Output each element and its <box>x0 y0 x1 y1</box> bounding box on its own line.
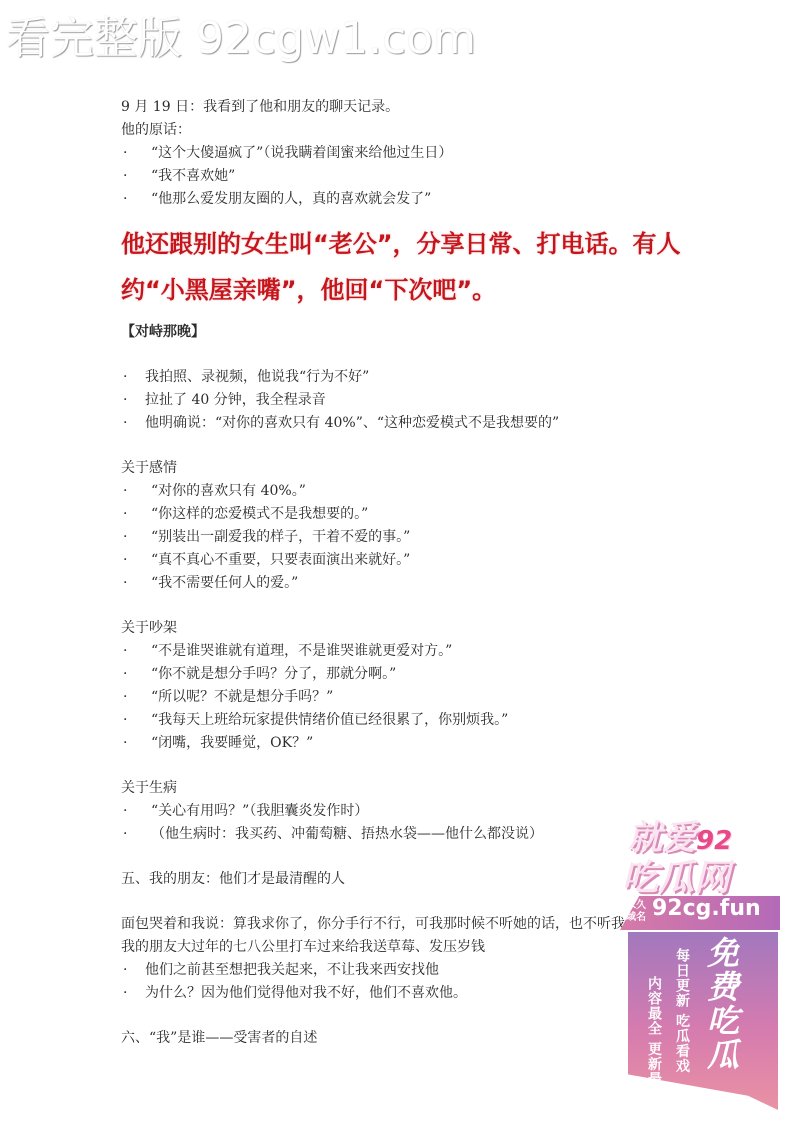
bullet-icon: · <box>121 800 151 823</box>
ad-slogan-small: 内容最全 更新最快 <box>644 976 664 1102</box>
section-heading-quarrels: 关于吵架 <box>121 617 721 640</box>
bullet-icon: · <box>121 709 151 732</box>
bullet-icon: · <box>121 366 145 389</box>
list-item: ·“所以呢？不就是想分手吗？” <box>121 686 721 709</box>
bullet-icon: · <box>121 823 151 846</box>
bullet-icon: · <box>121 732 151 755</box>
list-item: ·“我不喜欢她” <box>121 165 721 188</box>
bullet-icon: · <box>121 142 151 165</box>
section-heading-illness: 关于生病 <box>121 777 721 800</box>
list-item: ·“你不就是想分手吗？分了，那就分啊。” <box>121 663 721 686</box>
bullet-icon: · <box>121 412 145 435</box>
bullet-icon: · <box>121 686 151 709</box>
list-item: ·“对你的喜欢只有 40%。” <box>121 480 721 503</box>
list-item: ·“不是谁哭谁就有道理，不是谁哭谁就更爱对方。” <box>121 640 721 663</box>
list-item: ·我拍照、录视频，他说我“行为不好” <box>121 366 721 389</box>
list-item: ·“真不真心不重要，只要表面演出来就好。” <box>121 549 721 572</box>
bullet-icon: · <box>121 389 145 412</box>
list-item: ·“这个大傻逼疯了”（说我瞒着闺蜜来给他过生日） <box>121 142 721 165</box>
ad-title-line2: 吃瓜网 <box>622 850 730 901</box>
bullet-icon: · <box>121 503 151 526</box>
ad-slogan-big: 免费吃瓜 <box>698 936 744 1072</box>
bullet-icon: · <box>121 549 151 572</box>
ad-domain-label: 永久域名 <box>626 900 652 924</box>
bullet-icon: · <box>121 526 151 549</box>
section-heading-confrontation: 【对峙那晚】 <box>121 321 721 344</box>
date-line: 9 月 19 日：我看到了他和朋友的聊天记录。 <box>121 96 721 119</box>
ad-badge[interactable]: 就爱92 吃瓜网 永久域名 92cg.fun 免费吃瓜 每日更新 吃瓜看戏 内容… <box>600 800 800 1120</box>
section-heading-feelings: 关于感情 <box>121 457 721 480</box>
list-item: ·“闭嘴，我要睡觉，OK？” <box>121 732 721 755</box>
ad-slogan-mid: 每日更新 吃瓜看戏 <box>672 948 692 1074</box>
bullet-icon: · <box>121 982 145 1005</box>
watermark-banner: 看完整版 92cgw1.com <box>6 2 476 66</box>
bullet-icon: · <box>121 959 145 982</box>
list-item: ·“他那么爱发朋友圈的人，真的喜欢就会发了” <box>121 188 721 211</box>
bullet-icon: · <box>121 572 151 595</box>
bullet-icon: · <box>121 188 151 211</box>
bullet-icon: · <box>121 480 151 503</box>
bullet-icon: · <box>121 165 151 188</box>
list-item: ·“我每天上班给玩家提供情绪价值已经很累了，你别烦我。” <box>121 709 721 732</box>
ad-domain-link[interactable]: 92cg.fun <box>652 896 761 921</box>
list-item: ·“我不需要任何人的爱。” <box>121 572 721 595</box>
list-item: ·拉扯了 40 分钟，我全程录音 <box>121 389 721 412</box>
highlight-paragraph: 他还跟别的女生叫“老公”，分享日常、打电话。有人 约“小黑屋亲嘴”，他回“下次吧… <box>121 221 721 313</box>
bullet-icon: · <box>121 640 151 663</box>
list-item: ·“你这样的恋爱模式不是我想要的。” <box>121 503 721 526</box>
quote-label: 他的原话： <box>121 119 721 142</box>
list-item: ·“别装出一副爱我的样子，干着不爱的事。” <box>121 526 721 549</box>
bullet-icon: · <box>121 663 151 686</box>
list-item: ·他明确说：“对你的喜欢只有 40%”、“这种恋爱模式不是我想要的” <box>121 412 721 435</box>
